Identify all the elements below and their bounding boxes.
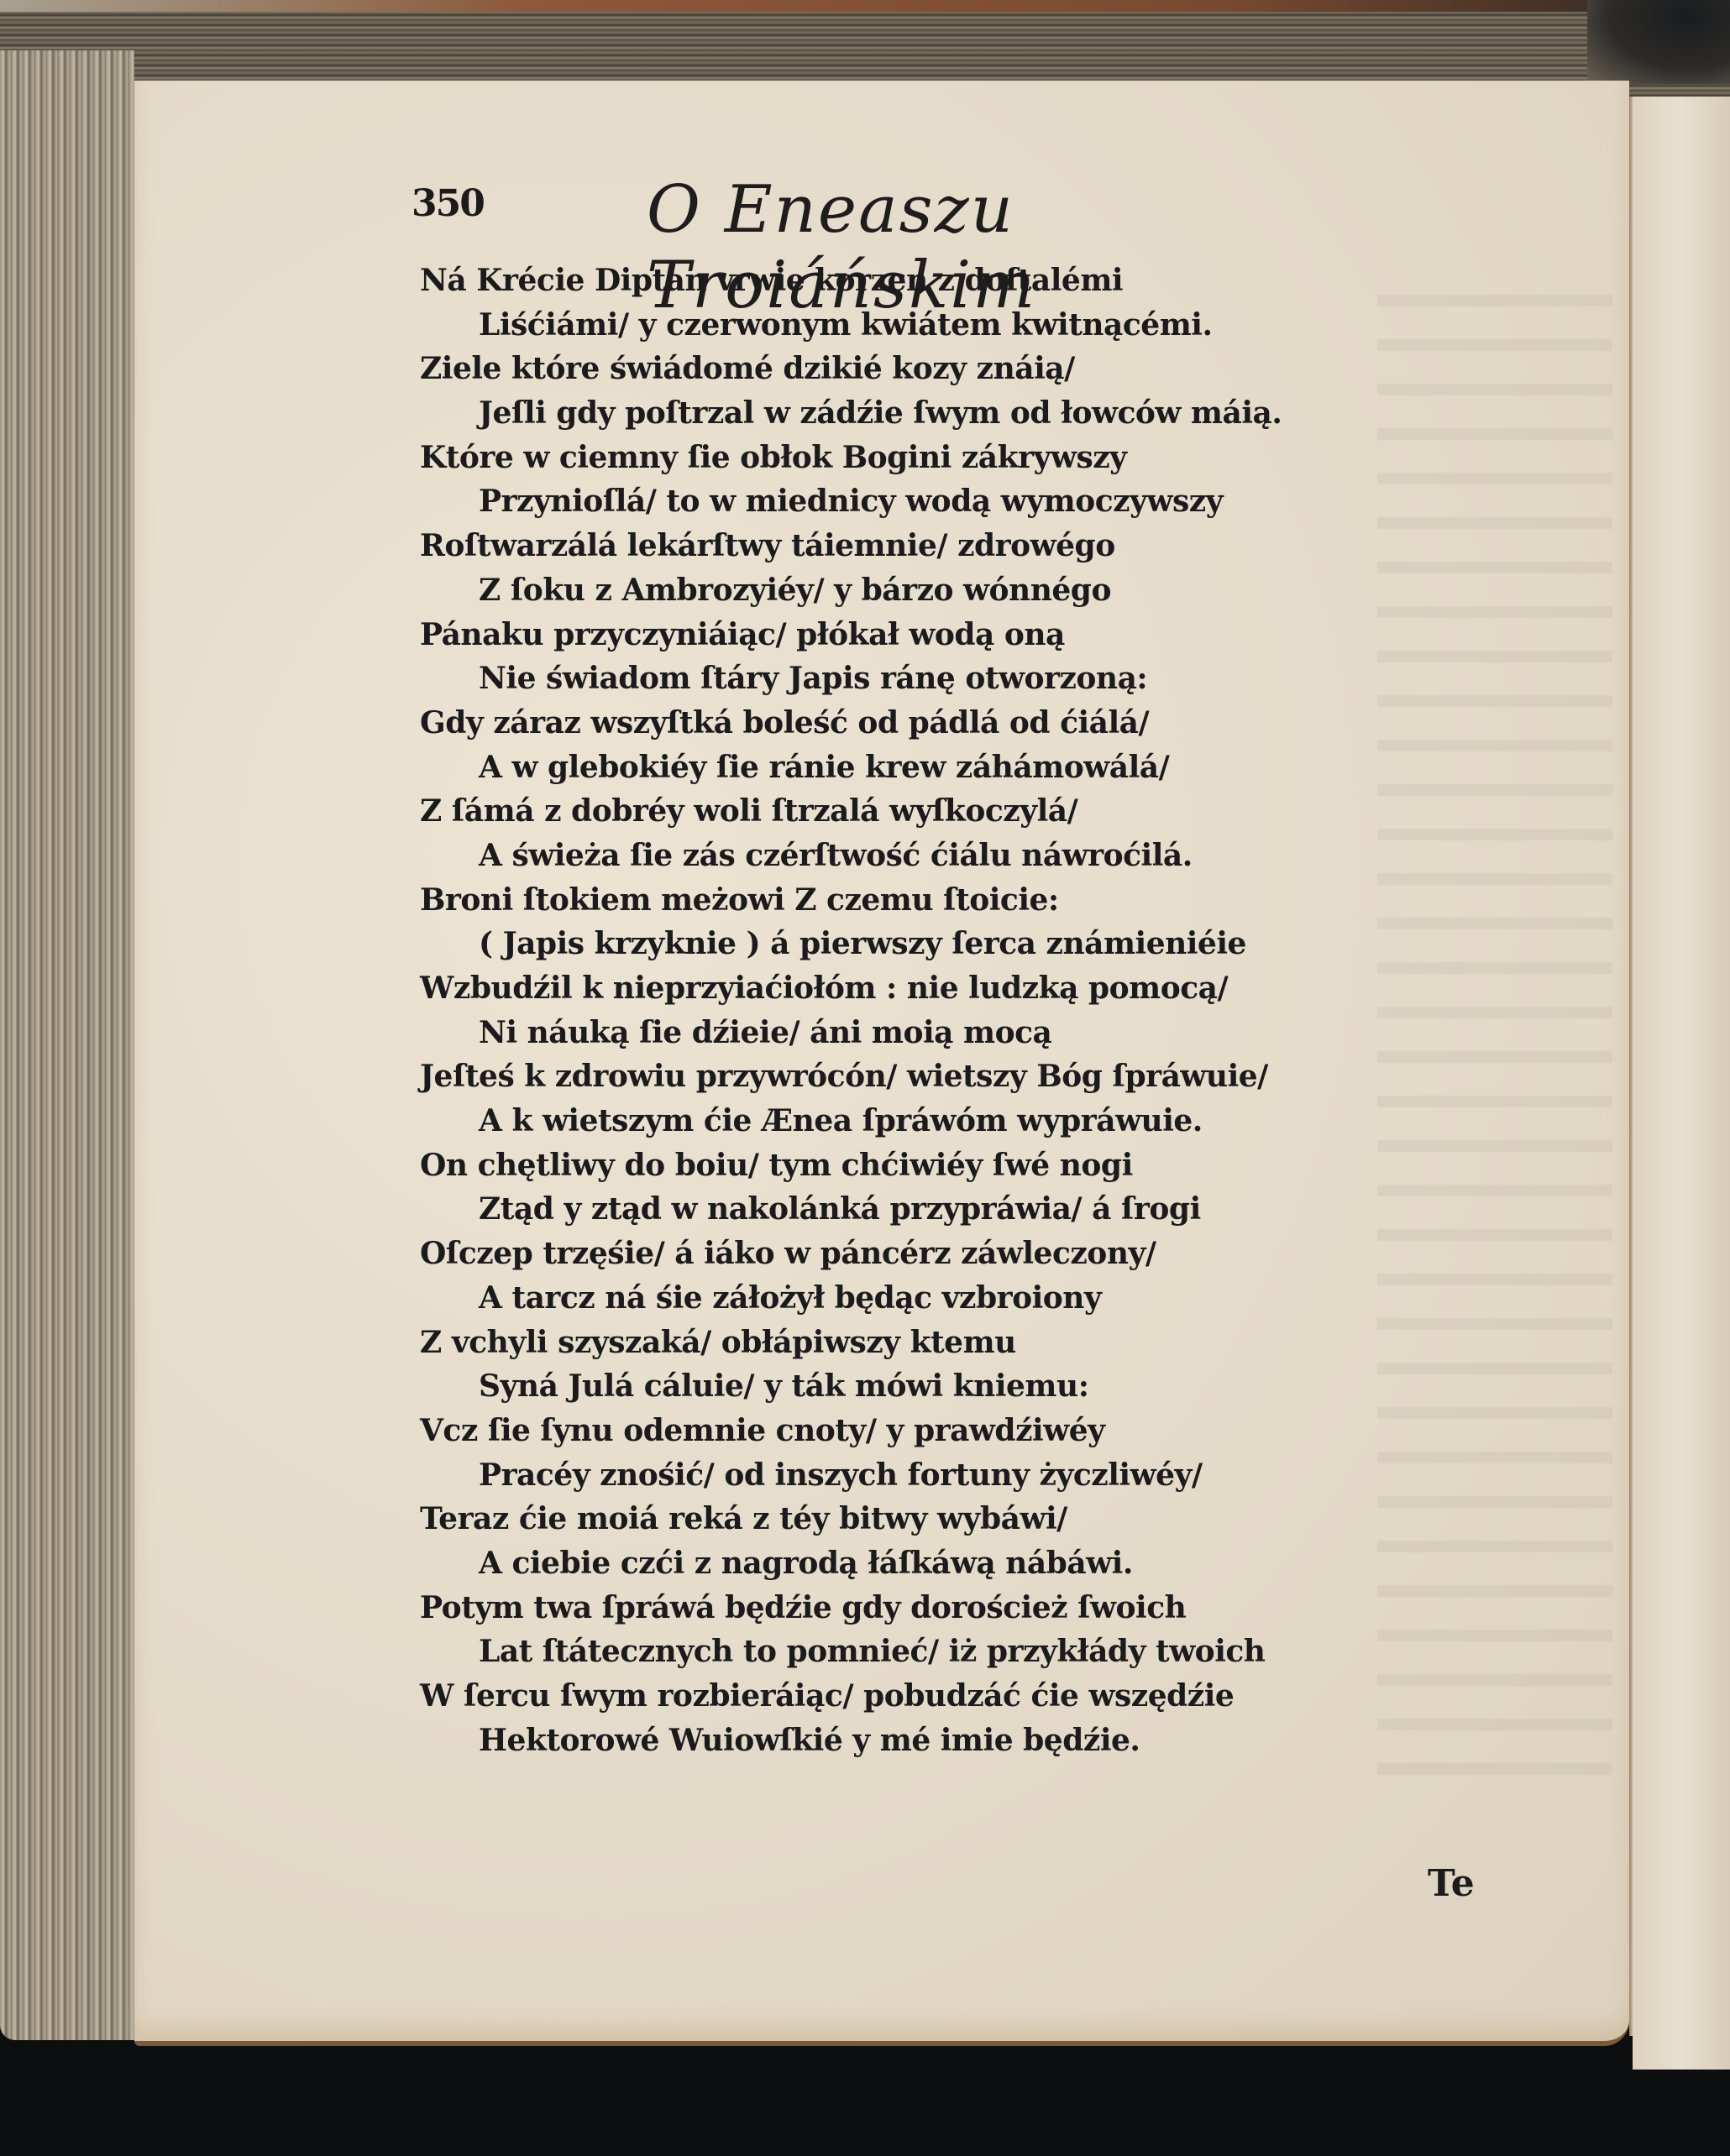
verse-line: Wzbudźil k nieprzyiaćiołóm : nie ludzką … <box>420 966 1344 1011</box>
verse-line: Pánaku przyczyniáiąc/ płókał wodą oną <box>420 613 1344 657</box>
bleed-through-text <box>1377 269 1612 1780</box>
book-cover-corner <box>1587 0 1730 84</box>
verse-line: A w glebokiéy ſie ránie krew záhámowálá/ <box>420 746 1344 790</box>
verse-line: Pracéy znośić/ od inszych fortuny życzli… <box>420 1453 1344 1498</box>
verse-line: Ni náuką ſie dźieie/ áni moią mocą <box>420 1011 1344 1055</box>
book-scan: 350 O Eneaszu Troiáńskim Ná Krécie Dipta… <box>0 0 1730 2156</box>
verse-line: Jeſteś k zdrowiu przywrócón/ wietszy Bóg… <box>420 1054 1344 1099</box>
page-gutter <box>1629 97 1633 2036</box>
verse-line: A k wietszym ćie Ænea ſpráwóm wypráwuie. <box>420 1099 1344 1143</box>
verse-line: Teraz ćie moiá reká z téy bitwy wybáwi/ <box>420 1497 1344 1541</box>
verse-line: Vcz ſie ſynu odemnie cnoty/ y prawdźiwéy <box>420 1409 1344 1453</box>
verse-line: Nie świadom ſtáry Japis ránę otworzoną: <box>420 657 1344 701</box>
verse-line: Roſtwarzálá lekárſtwy táiemnie/ zdrowégo <box>420 524 1344 568</box>
facing-page-edge <box>1633 97 1730 2070</box>
verse-line: Z vchyli szyszaká/ obłápiwszy ktemu <box>420 1321 1344 1365</box>
verse-line: A tarcz ná śie záłożył będąc vzbroiony <box>420 1276 1344 1321</box>
verse-line: W ſercu ſwym rozbieráiąc/ pobudzáć ćie w… <box>420 1674 1344 1719</box>
verse-line: Syná Julá cáluie/ y ták mówi kniemu: <box>420 1364 1344 1409</box>
verse-line: Broni ſtokiem meżowi Z czemu ſtoicie: <box>420 878 1344 923</box>
verse-line: Lat ſtátecznych to pomnieć/ iż przykłády… <box>420 1630 1344 1674</box>
catchword: Te <box>1428 1862 1475 1905</box>
verse-line: Z ſámá z dobréy woli ſtrzalá wyſkoczylá/ <box>420 789 1344 834</box>
verse-line: Gdy zárаz wszyſtká boleść od pádlá od ći… <box>420 701 1344 746</box>
verse-line: Jeſli gdy poſtrzal w zádźie ſwym od łowc… <box>420 391 1344 436</box>
verse-line: A świeża ſie zás czérſtwość ćiálu náwroć… <box>420 834 1344 878</box>
verse-line: Z ſoku z Ambrozyiéy/ y bárzo wónnégo <box>420 568 1344 613</box>
page-stack-left-edge <box>0 50 134 2040</box>
page-header: 350 O Eneaszu Troiáńskim <box>412 172 1335 264</box>
verse-line: Hektorowé Wuiowſkié y mé imie będźie. <box>420 1719 1344 1763</box>
verse-line: Oſczep trzęśie/ á iáko w páncérz záwlecz… <box>420 1232 1344 1276</box>
poem-text: Ná Krécie Diptan vrwie korzen z doſtalém… <box>420 259 1344 1762</box>
verse-line: Ziele które świádomé dzikié kozy znáią/ <box>420 347 1344 391</box>
verse-line: Przynioſlá/ to w miednicy wodą wymoczyws… <box>420 479 1344 524</box>
verse-line: Potym twa ſpráwá będźie gdy doroścież ſw… <box>420 1586 1344 1630</box>
verse-line: Ztąd y ztąd w nakolánká przypráwia/ á ſr… <box>420 1187 1344 1232</box>
verse-line: Liśćiámi/ y czerwonym kwiátem kwitnącémi… <box>420 303 1344 348</box>
verse-line: On chętliwy do boiu/ tym chćiwiéy ſwé no… <box>420 1143 1344 1188</box>
verse-line: ( Japis krzyknie ) á pierwszy ſerca znám… <box>420 922 1344 966</box>
page-number: 350 <box>412 182 484 225</box>
verse-line: Ná Krécie Diptan vrwie korzen z doſtalém… <box>420 259 1344 303</box>
verse-line: Które w ciemny ſie obłok Bogini zákrywsz… <box>420 436 1344 480</box>
verse-line: A ciebie czći z nagrodą łáſkáwą nábáwi. <box>420 1541 1344 1586</box>
